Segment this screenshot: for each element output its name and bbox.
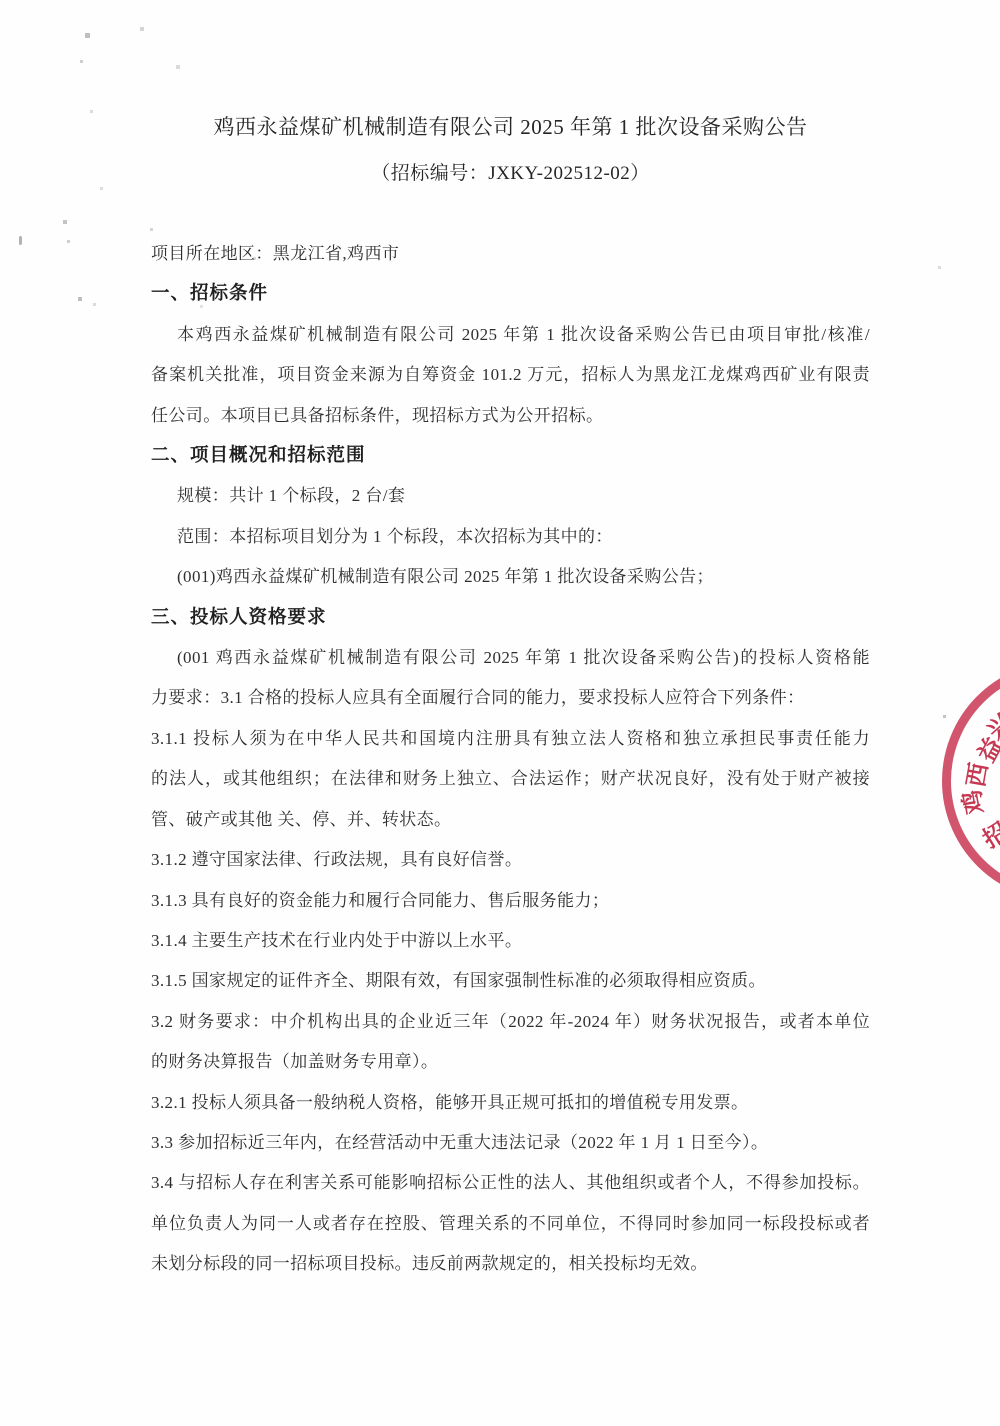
seal-arc-character: 兴 <box>977 703 1000 745</box>
section-1-text-line: 备案机关批准，项目资金来源为自筹资金 101.2 万元，招标人为黑龙江龙煤鸡西矿… <box>151 355 870 395</box>
section-1-heading: 一、招标条件 <box>151 274 870 314</box>
section-1-text-line: 任公司。本项目已具备招标条件，现招标方式为公开招标。 <box>151 396 870 436</box>
tender-number: （招标编号：JXKY-202512-02） <box>151 159 870 189</box>
clause-3-3-line: 3.3 参加招标近三年内，在经营活动中无重大违法记录（2022 年 1 月 1 … <box>151 1123 870 1163</box>
lot-001-line: (001)鸡西永益煤矿机械制造有限公司 2025 年第 1 批次设备采购公告； <box>151 557 870 597</box>
section-1-text-line: 本鸡西永益煤矿机械制造有限公司 2025 年第 1 批次设备采购公告已由项目审批… <box>151 315 870 355</box>
section-3-heading: 三、投标人资格要求 <box>151 598 870 638</box>
clause-3-1-1-line: 3.1.1 投标人须为在中华人民共和国境内注册具有独立法人资格和独立承担民事责任… <box>151 719 870 759</box>
clause-3-1-1-line: 管、破产或其他 关、停、并、转状态。 <box>151 800 870 840</box>
seal-arc-character: 鸡 <box>952 788 991 818</box>
section-3-text-line: (001 鸡西永益煤矿机械制造有限公司 2025 年第 1 批次设备采购公告)的… <box>151 638 870 678</box>
seal-inner-character: 招 <box>975 812 1000 854</box>
section-3-text-line: 力要求：3.1 合格的投标人应具有全面履行合同的能力，要求投标人应符合下列条件： <box>151 678 870 718</box>
seal-ring <box>942 661 1000 901</box>
red-seal-stamp: 兴益西鸡招 <box>942 661 1000 901</box>
document-title: 鸡西永益煤矿机械制造有限公司 2025 年第 1 批次设备采购公告 <box>151 112 870 142</box>
scope-line: 范围：本招标项目划分为 1 个标段，本次招标为其中的： <box>151 517 870 557</box>
clause-3-2-1-line: 3.2.1 投标人须具备一般纳税人资格，能够开具正规可抵扣的增值税专用发票。 <box>151 1083 870 1123</box>
clause-3-1-5-line: 3.1.5 国家规定的证件齐全、期限有效，有国家强制性标准的必须取得相应资质。 <box>151 961 870 1001</box>
clause-3-2-line: 的财务决算报告（加盖财务专用章）。 <box>151 1042 870 1082</box>
document-body: 项目所在地区：黑龙江省,鸡西市一、招标条件本鸡西永益煤矿机械制造有限公司 202… <box>151 234 870 1285</box>
document-content: 鸡西永益煤矿机械制造有限公司 2025 年第 1 批次设备采购公告 （招标编号：… <box>151 0 870 1285</box>
seal-arc-character: 西 <box>956 760 995 790</box>
clause-3-1-4-line: 3.1.4 主要生产技术在行业内处于中游以上水平。 <box>151 921 870 961</box>
clause-3-1-3-line: 3.1.3 具有良好的资金能力和履行合同能力、售后服务能力； <box>151 881 870 921</box>
section-2-heading: 二、项目概况和招标范围 <box>151 436 870 476</box>
scanned-document-page: 鸡西永益煤矿机械制造有限公司 2025 年第 1 批次设备采购公告 （招标编号：… <box>0 0 1000 1426</box>
clause-3-4-line: 3.4 与招标人存在利害关系可能影响招标公正性的法人、其他组织或者个人，不得参加… <box>151 1163 870 1203</box>
scale-line: 规模：共计 1 个标段，2 台/套 <box>151 476 870 516</box>
seal-arc-character: 益 <box>967 730 1000 768</box>
clause-3-1-1-line: 的法人，或其他组织；在法律和财务上独立、合法运作；财产状况良好，没有处于财产被接 <box>151 759 870 799</box>
clause-3-4-line: 单位负责人为同一人或者存在控股、管理关系的不同单位，不得同时参加同一标段投标或者 <box>151 1204 870 1244</box>
clause-3-2-line: 3.2 财务要求：中介机构出具的企业近三年（2022 年-2024 年）财务状况… <box>151 1002 870 1042</box>
clause-3-1-2-line: 3.1.2 遵守国家法律、行政法规，具有良好信誉。 <box>151 840 870 880</box>
clause-3-4-line: 未划分标段的同一招标项目投标。违反前两款规定的，相关投标均无效。 <box>151 1244 870 1284</box>
project-location-line: 项目所在地区：黑龙江省,鸡西市 <box>151 234 870 274</box>
